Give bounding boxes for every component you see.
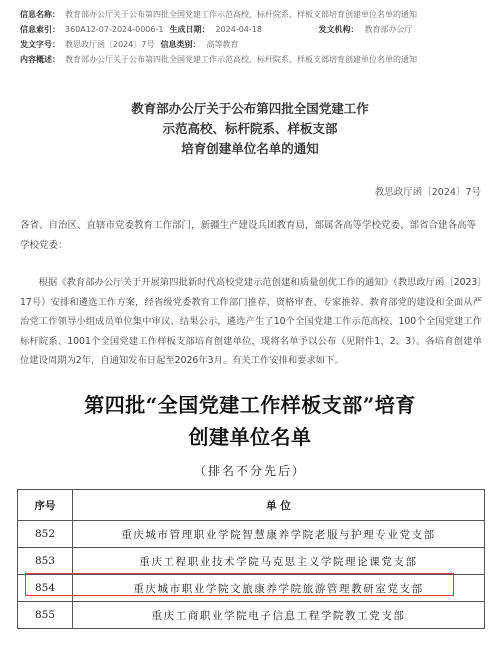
category-value: 高等教育 [206, 37, 238, 52]
meta-row-info-name: 信息名称： 教育部办公厅关于公布第四批全国党建工作示范高校、标杆院系、样板支部培… [20, 7, 490, 22]
issuer-value: 教育部办公厅 [364, 22, 412, 37]
meta-row-summary: 内容概述： 教育部办公厅关于公布第四批全国党建工作示范高校、标杆院系、样板支部培… [20, 52, 490, 67]
notice-title-line-2: 示范高校、标杆院系、样板支部 [0, 119, 500, 139]
table-header-row: 序号 单 位 [18, 490, 485, 521]
row-serial-no: 855 [18, 602, 73, 629]
attachment-title-line-2: 创建单位名单 [0, 421, 500, 453]
row-unit-name: 重庆城市管理职业学院智慧康养学院老服与护理专业党支部 [73, 521, 485, 548]
index-label: 信息索引： [20, 22, 65, 37]
info-metadata-panel: 信息名称： 教育部办公厅关于公布第四批全国党建工作示范高校、标杆院系、样板支部培… [20, 7, 490, 67]
row-unit-name: 重庆工商职业学院电子信息工程学院教工党支部 [73, 602, 485, 629]
row-serial-no: 854 [18, 575, 73, 602]
date-label: 生成日期： [169, 22, 209, 37]
row-unit-name: 重庆工程职业技术学院马克思主义学院理论课党支部 [73, 548, 485, 575]
table-row: 853 重庆工程职业技术学院马克思主义学院理论课党支部 [18, 548, 485, 575]
table-row-highlighted: 854 重庆城市职业学院文旅康养学院旅游管理教研室党支部 [18, 575, 485, 602]
category-label: 信息类别： [160, 37, 200, 52]
date-value: 2024-04-18 [215, 22, 312, 37]
salutation: 各省、自治区、直辖市党委教育工作部门，新疆生产建设兵团教育局，部属各高等学校党委… [20, 216, 482, 256]
row-serial-no: 852 [18, 521, 73, 548]
issuer-label: 发文机构： [318, 22, 358, 37]
row-serial-no: 853 [18, 548, 73, 575]
index-value: 360A12-07-2024-0006-1 [65, 22, 163, 37]
info-name-value: 教育部办公厅关于公布第四批全国党建工作示范高校、标杆院系、样板支部培育创建单位名… [65, 7, 417, 22]
summary-value: 教育部办公厅关于公布第四批全国党建工作示范高校、标杆院系、样板支部培育创建单位名… [65, 52, 417, 67]
notice-body-paragraph: 根据《教育部办公厅关于开展第四批新时代高校党建示范创建和质量创优工作的通知》（教… [20, 273, 482, 371]
attachment-title-line-1: 第四批“全国党建工作样板支部”培育 [0, 389, 500, 421]
info-name-label: 信息名称： [20, 7, 65, 22]
summary-label: 内容概述： [20, 52, 65, 67]
table-row: 852 重庆城市管理职业学院智慧康养学院老服与护理专业党支部 [18, 521, 485, 548]
notice-title: 教育部办公厅关于公布第四批全国党建工作 示范高校、标杆院系、样板支部 培育创建单… [0, 99, 500, 159]
document-number: 教思政厅函〔2024〕7号 [375, 184, 481, 198]
attachment-title: 第四批“全国党建工作样板支部”培育 创建单位名单 [0, 389, 500, 453]
notice-title-line-1: 教育部办公厅关于公布第四批全国党建工作 [0, 99, 500, 119]
meta-row-index: 信息索引： 360A12-07-2024-0006-1 生成日期： 2024-0… [20, 22, 490, 37]
table-row: 855 重庆工商职业学院电子信息工程学院教工党支部 [18, 602, 485, 629]
doc-no-value: 教思政厅函〔2024〕7号 [65, 37, 154, 52]
header-serial-no: 序号 [18, 490, 73, 521]
header-unit: 单 位 [73, 490, 485, 521]
units-table: 序号 单 位 852 重庆城市管理职业学院智慧康养学院老服与护理专业党支部 85… [17, 489, 485, 629]
attachment-subtitle: （排名不分先后） [0, 462, 500, 479]
doc-no-label: 发文字号： [20, 37, 65, 52]
row-unit-name: 重庆城市职业学院文旅康养学院旅游管理教研室党支部 [73, 575, 485, 602]
notice-title-line-3: 培育创建单位名单的通知 [0, 139, 500, 159]
meta-row-doc-no: 发文字号： 教思政厅函〔2024〕7号 信息类别： 高等教育 [20, 37, 490, 52]
